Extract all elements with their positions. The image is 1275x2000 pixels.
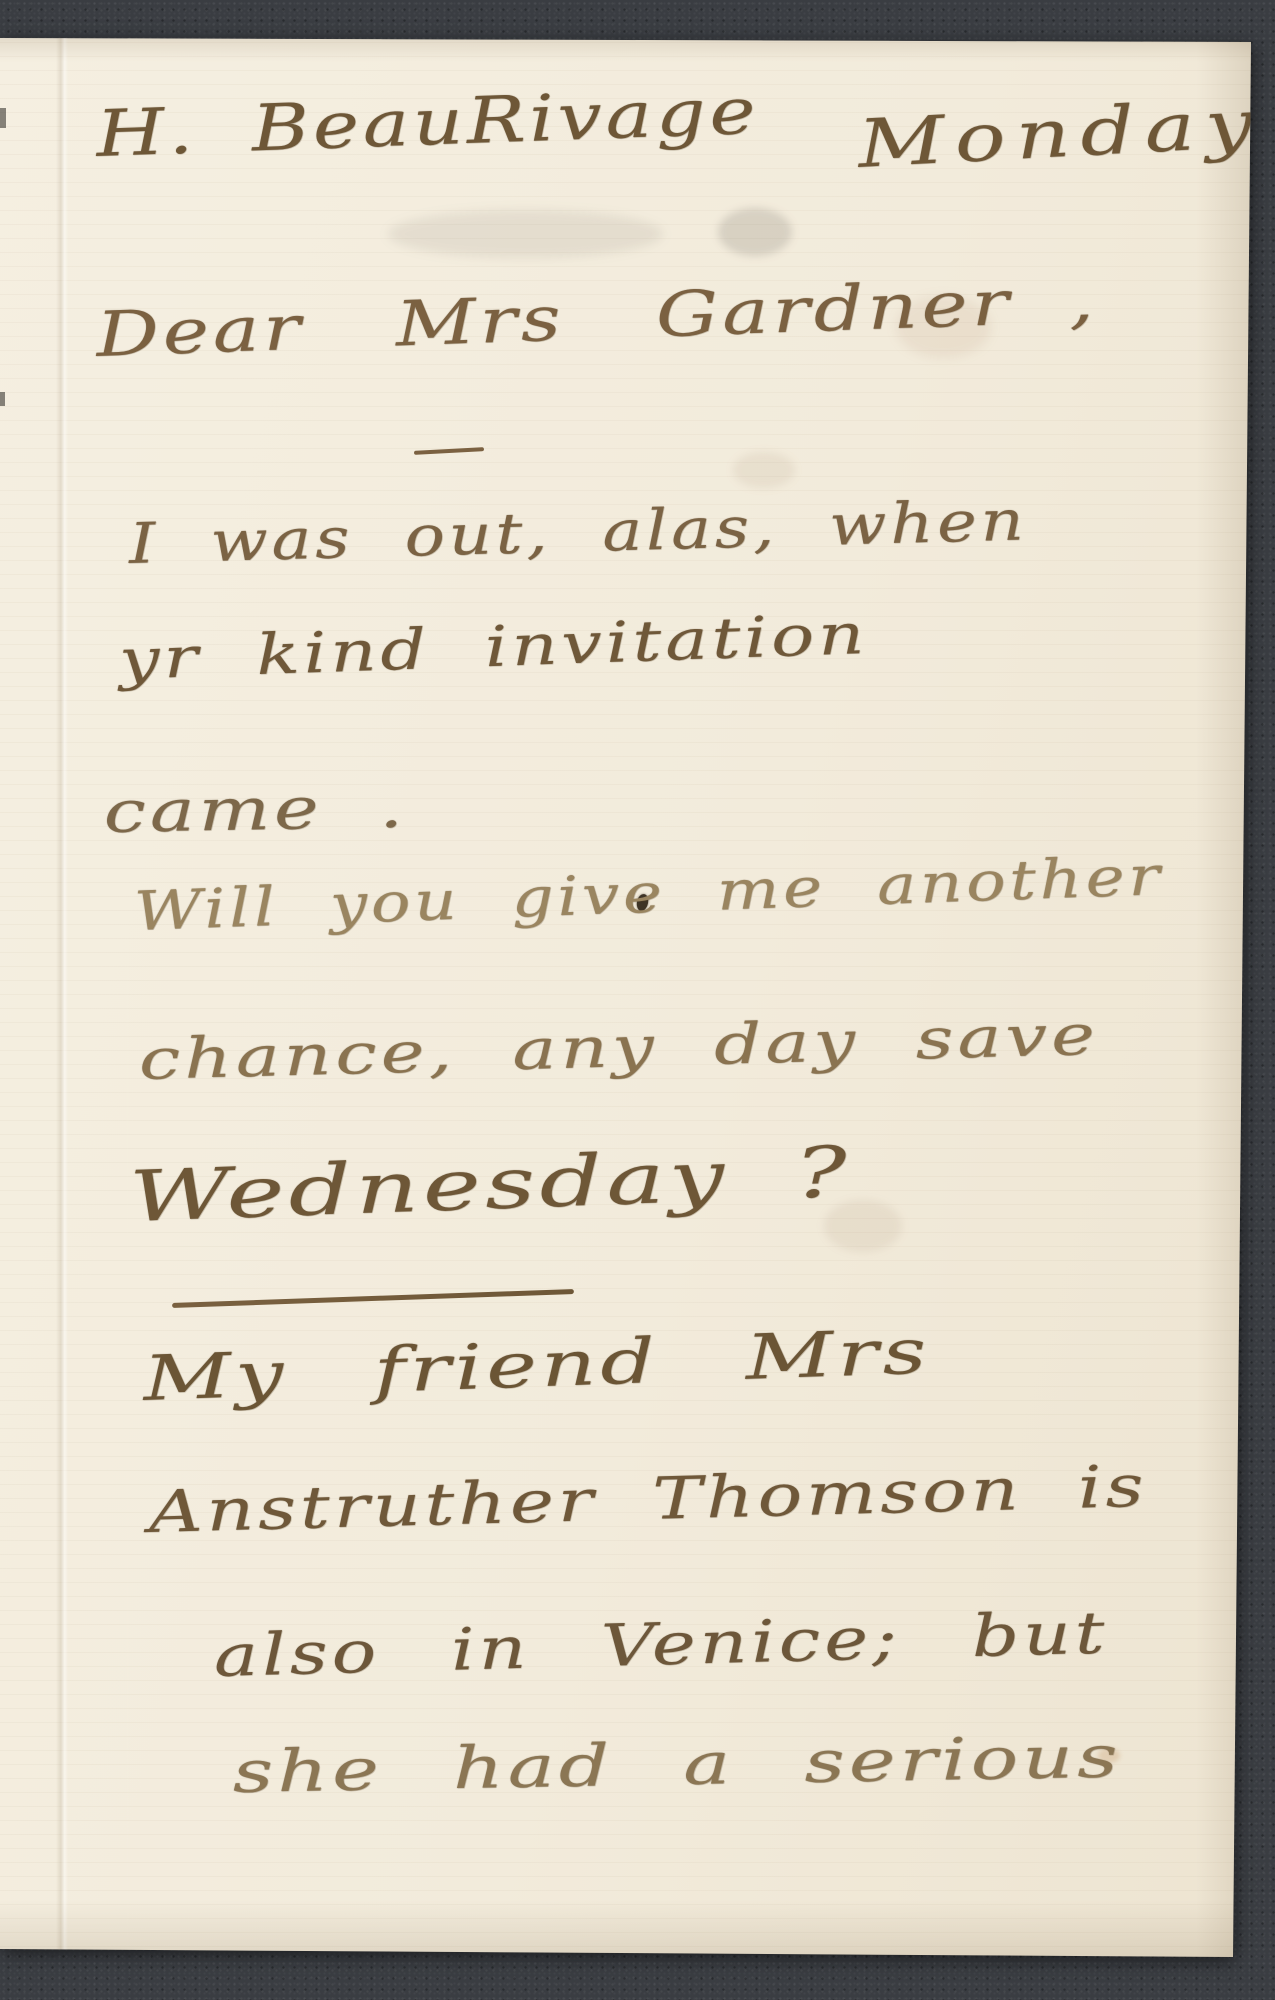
paper-edge-bottom <box>0 1900 1275 1960</box>
salutation-prefix: Dear <box>95 291 305 371</box>
salutation-mrs: Mrs <box>394 282 565 361</box>
salutation-name: Gardner , <box>655 263 1099 351</box>
photo-background: H. BeauRivage Monday Dear Mrs Gardner , … <box>0 0 1275 2000</box>
paper-edge-nick <box>0 392 5 406</box>
letter-paper: H. BeauRivage Monday Dear Mrs Gardner , … <box>0 0 1275 2000</box>
paper-edge-nick <box>0 108 6 128</box>
letter-line: came . <box>103 773 407 846</box>
paper-edge-right <box>1196 0 1256 2000</box>
paper-shadow-wrap: H. BeauRivage Monday Dear Mrs Gardner , … <box>0 0 1275 2000</box>
fold-crease <box>56 0 68 2000</box>
paper-edge-top <box>0 36 1275 62</box>
